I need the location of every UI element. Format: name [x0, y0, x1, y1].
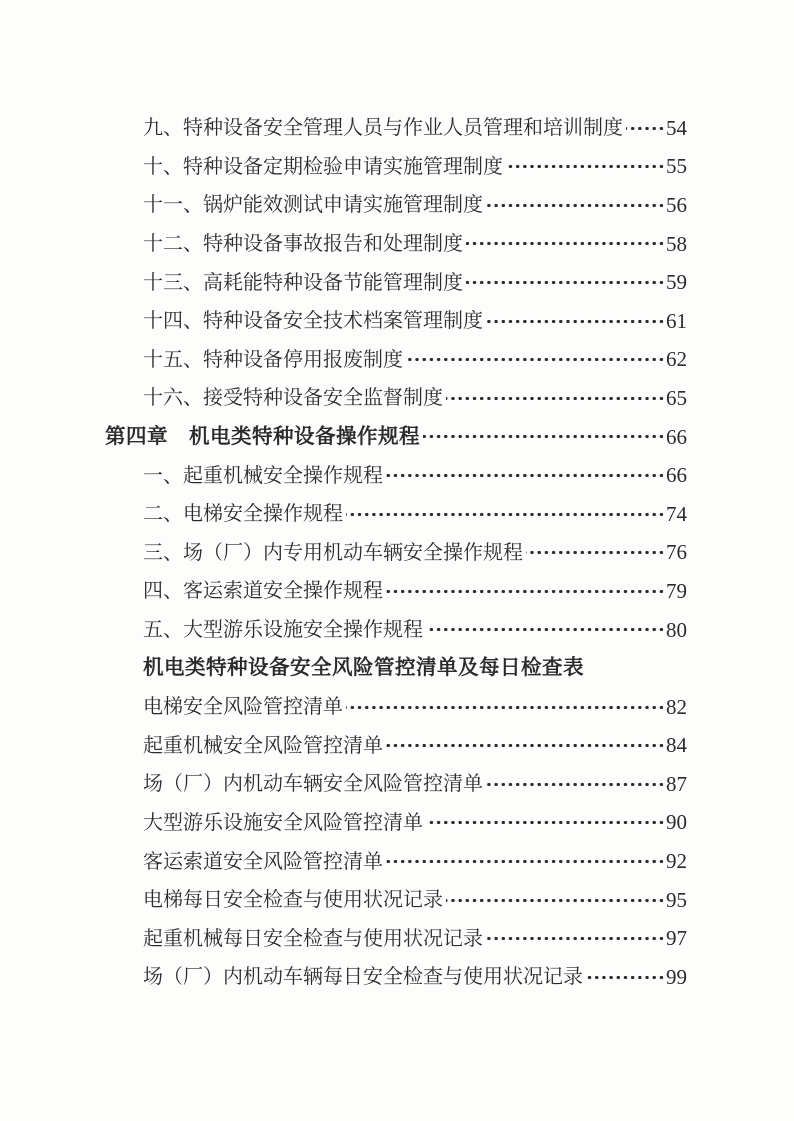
toc-page-number: 58	[666, 234, 687, 255]
toc-entry-title: 四、客运索道安全操作规程	[143, 581, 383, 601]
toc-entry-title: 九、特种设备安全管理人员与作业人员管理和培训制度	[143, 118, 623, 138]
toc-entry-title: 一、起重机械安全操作规程	[143, 466, 383, 486]
toc-entry: 电梯安全风险管控清单82	[143, 688, 687, 727]
toc-page-number: 87	[666, 774, 687, 795]
toc-entry: 十五、特种设备停用报废制度62	[143, 341, 687, 380]
toc-entry-title: 十一、锅炉能效测试申请实施管理制度	[143, 195, 483, 215]
toc-entry: 十一、锅炉能效测试申请实施管理制度56	[143, 186, 687, 225]
toc-entry: 十四、特种设备安全技术档案管理制度61	[143, 302, 687, 341]
toc-entry: 一、起重机械安全操作规程66	[143, 456, 687, 495]
table-of-contents: 九、特种设备安全管理人员与作业人员管理和培训制度54十、特种设备定期检验申请实施…	[0, 109, 794, 997]
toc-entry-title: 十六、接受特种设备安全监督制度	[143, 388, 443, 408]
toc-entry: 二、电梯安全操作规程74	[143, 495, 687, 534]
toc-leader-dots	[426, 804, 665, 843]
toc-entry: 起重机械每日安全检查与使用状况记录97	[143, 919, 687, 958]
toc-page-number: 62	[666, 349, 687, 370]
toc-page-number: 79	[666, 581, 687, 602]
toc-entry-title: 五、大型游乐设施安全操作规程	[143, 620, 423, 640]
toc-entry-title: 起重机械安全风险管控清单	[143, 736, 383, 756]
toc-entry: 三、场（厂）内专用机动车辆安全操作规程76	[143, 534, 687, 573]
toc-entry: 十六、接受特种设备安全监督制度65	[143, 379, 687, 418]
toc-leader-dots	[486, 186, 665, 225]
toc-page-number: 90	[666, 812, 687, 833]
toc-entry: 大型游乐设施安全风险管控清单90	[143, 804, 687, 843]
document-page: 九、特种设备安全管理人员与作业人员管理和培训制度54十、特种设备定期检验申请实施…	[0, 0, 794, 1121]
toc-entry: 十、特种设备定期检验申请实施管理制度55	[143, 148, 687, 187]
toc-entry-title: 二、电梯安全操作规程	[143, 504, 343, 524]
toc-leader-dots	[446, 881, 665, 920]
toc-entry-title: 十二、特种设备事故报告和处理制度	[143, 234, 463, 254]
toc-leader-dots	[426, 611, 665, 650]
toc-entry: 机电类特种设备安全风险管控清单及每日检查表	[143, 649, 687, 688]
toc-entry: 电梯每日安全检查与使用状况记录95	[143, 881, 687, 920]
toc-entry-title: 客运索道安全风险管控清单	[143, 852, 383, 872]
toc-page-number: 82	[666, 697, 687, 718]
toc-page-number: 66	[666, 427, 687, 448]
toc-entry: 五、大型游乐设施安全操作规程80	[143, 611, 687, 650]
toc-leader-dots	[486, 919, 665, 958]
toc-leader-dots	[486, 765, 665, 804]
toc-entry: 场（厂）内机动车辆每日安全检查与使用状况记录99	[143, 958, 687, 997]
toc-leader-dots	[346, 495, 665, 534]
toc-leader-dots	[486, 302, 665, 341]
toc-page-number: 99	[666, 967, 687, 988]
toc-leader-dots	[446, 379, 665, 418]
toc-leader-dots	[386, 456, 665, 495]
toc-entry-title: 十三、高耗能特种设备节能管理制度	[143, 273, 463, 293]
toc-leader-dots	[386, 727, 665, 766]
toc-entry: 起重机械安全风险管控清单84	[143, 727, 687, 766]
toc-leader-dots	[406, 341, 665, 380]
toc-entry: 客运索道安全风险管控清单92	[143, 842, 687, 881]
toc-leader-dots	[386, 842, 665, 881]
toc-entry-title: 场（厂）内机动车辆安全风险管控清单	[143, 774, 483, 794]
toc-leader-dots	[466, 263, 665, 302]
toc-entry-title: 起重机械每日安全检查与使用状况记录	[143, 929, 483, 949]
toc-entry-title: 三、场（厂）内专用机动车辆安全操作规程	[143, 543, 523, 563]
toc-page-number: 97	[666, 928, 687, 949]
toc-entry: 九、特种设备安全管理人员与作业人员管理和培训制度54	[143, 109, 687, 148]
toc-leader-dots	[586, 958, 665, 997]
toc-entry-title: 电梯安全风险管控清单	[143, 697, 343, 717]
toc-page-number: 61	[666, 311, 687, 332]
toc-page-number: 92	[666, 851, 687, 872]
toc-leader-dots	[466, 225, 665, 264]
toc-page-number: 55	[666, 156, 687, 177]
toc-leader-dots	[626, 109, 665, 148]
toc-page-number: 80	[666, 620, 687, 641]
toc-page-number: 54	[666, 118, 687, 139]
toc-leader-dots	[526, 534, 665, 573]
toc-page-number: 56	[666, 195, 687, 216]
toc-entry-title: 机电类特种设备安全风险管控清单及每日检查表	[143, 658, 584, 679]
toc-page-number: 66	[666, 465, 687, 486]
toc-page-number: 84	[666, 735, 687, 756]
toc-entry: 第四章 机电类特种设备操作规程66	[105, 418, 687, 457]
toc-page-number: 74	[666, 504, 687, 525]
toc-entry: 场（厂）内机动车辆安全风险管控清单87	[143, 765, 687, 804]
toc-page-number: 95	[666, 890, 687, 911]
toc-entry-title: 电梯每日安全检查与使用状况记录	[143, 890, 443, 910]
toc-entry: 四、客运索道安全操作规程79	[143, 572, 687, 611]
toc-entry: 十三、高耗能特种设备节能管理制度59	[143, 263, 687, 302]
toc-leader-dots	[423, 418, 665, 457]
toc-entry-title: 十、特种设备定期检验申请实施管理制度	[143, 157, 503, 177]
toc-leader-dots	[346, 688, 665, 727]
toc-entry-title: 第四章 机电类特种设备操作规程	[105, 427, 420, 448]
toc-leader-dots	[386, 572, 665, 611]
toc-entry: 十二、特种设备事故报告和处理制度58	[143, 225, 687, 264]
toc-page-number: 59	[666, 272, 687, 293]
toc-entry-title: 十四、特种设备安全技术档案管理制度	[143, 311, 483, 331]
toc-entry-title: 十五、特种设备停用报废制度	[143, 350, 403, 370]
toc-leader-dots	[506, 148, 665, 187]
toc-page-number: 76	[666, 542, 687, 563]
toc-page-number: 65	[666, 388, 687, 409]
toc-entry-title: 大型游乐设施安全风险管控清单	[143, 813, 423, 833]
toc-entry-title: 场（厂）内机动车辆每日安全检查与使用状况记录	[143, 967, 583, 987]
